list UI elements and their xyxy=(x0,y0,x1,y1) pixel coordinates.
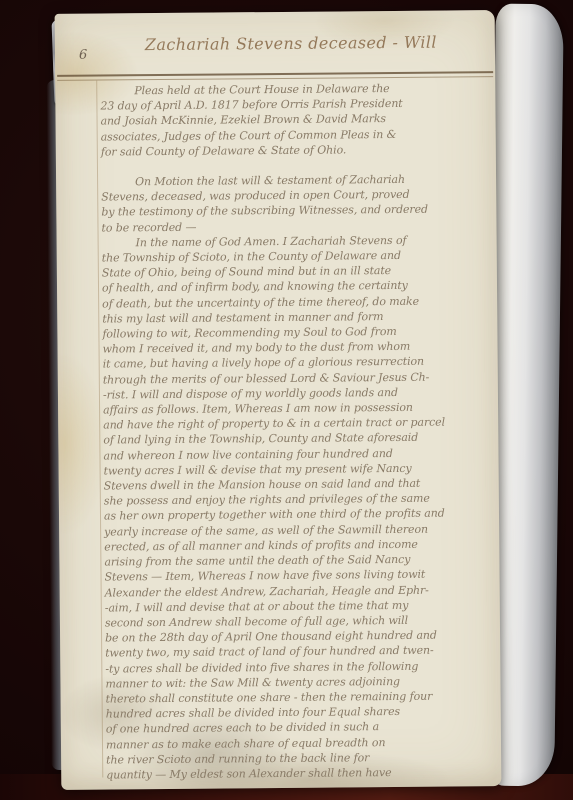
manuscript-text: Pleas held at the Court House in Delawar… xyxy=(100,80,493,782)
book-photo-scene: 6 Zachariah Stevens deceased - Will Plea… xyxy=(0,0,573,800)
ledger-page: 6 Zachariah Stevens deceased - Will Plea… xyxy=(55,10,502,790)
court-session-paragraph: Pleas held at the Court House in Delawar… xyxy=(100,80,488,159)
page-heading: Zachariah Stevens deceased - Will xyxy=(113,32,469,54)
folio-number: 6 xyxy=(79,48,87,63)
manuscript-line: quantity — My eldest son Alexander shall… xyxy=(106,764,493,783)
will-text-paragraph: In the name of God Amen. I Zachariah Ste… xyxy=(102,232,494,783)
probate-order-paragraph: On Motion the last will & testament of Z… xyxy=(101,171,489,235)
